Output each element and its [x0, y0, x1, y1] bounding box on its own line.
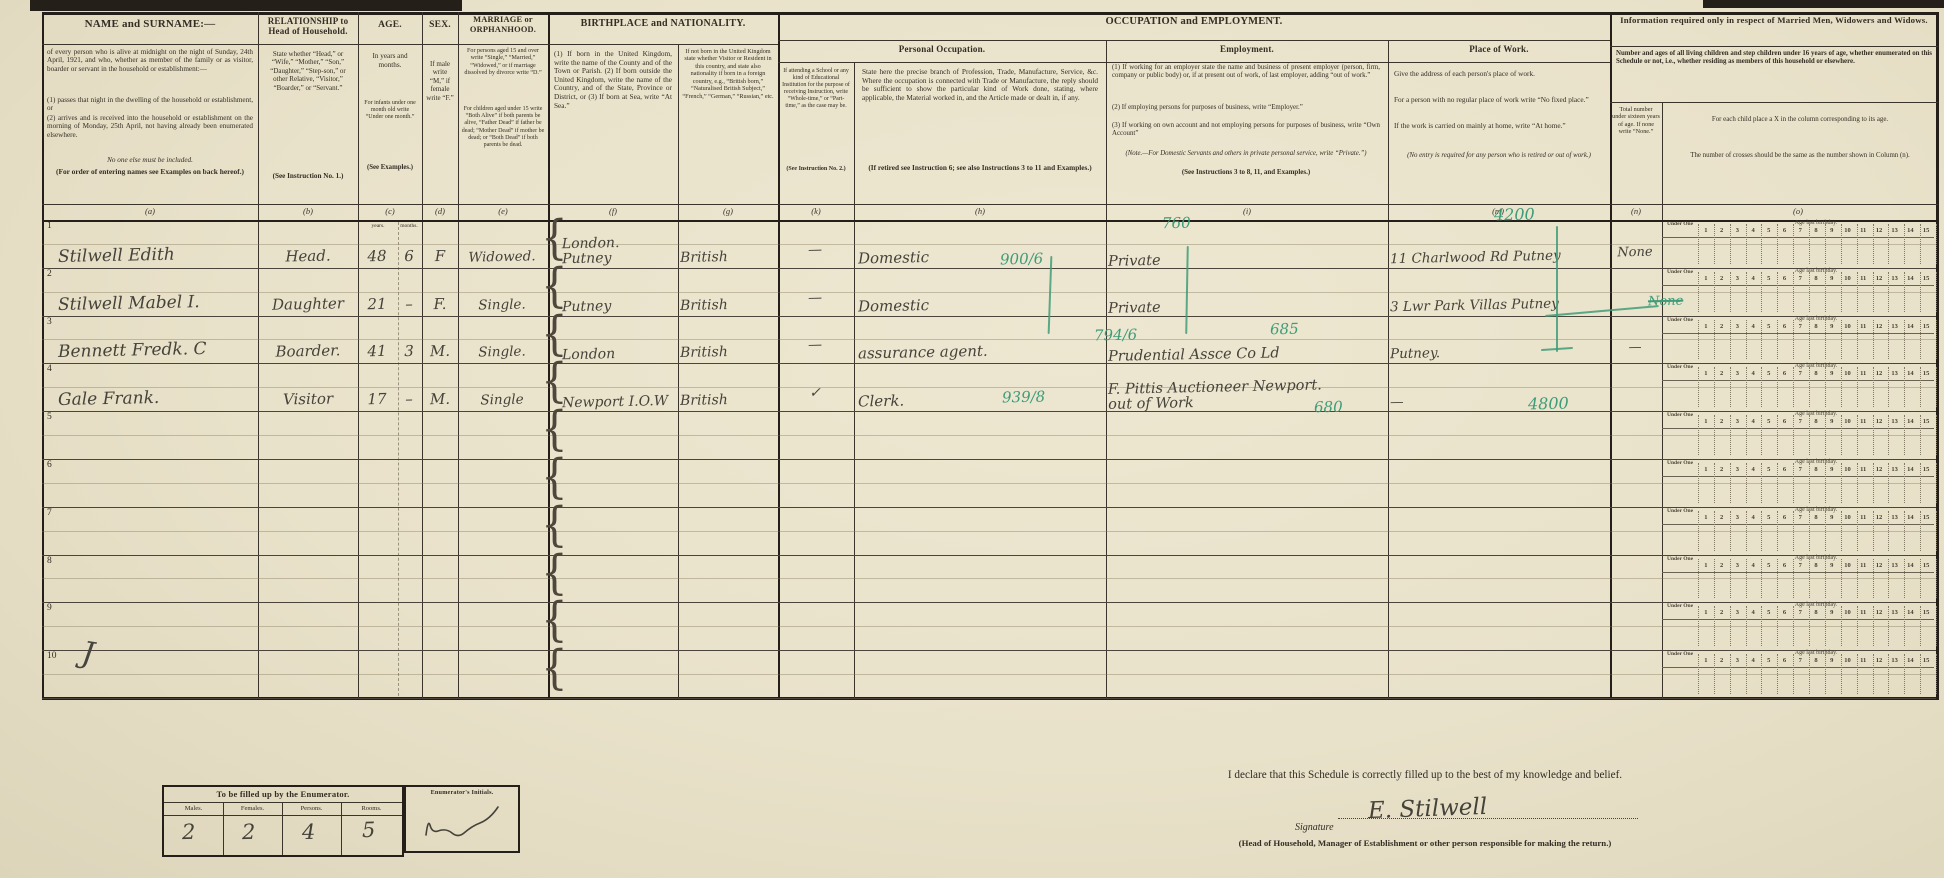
annotation-r4_emp_code: 680 — [1314, 398, 1343, 417]
grid-column-rule — [1809, 511, 1810, 551]
grid-column-rule — [1825, 224, 1826, 264]
grid-age-number: 2 — [1714, 275, 1730, 285]
schedule-row: 6{Under OneAge last birthday.12345678910… — [42, 459, 1936, 508]
grid-age-number: 7 — [1792, 227, 1808, 237]
schedule-row: 1{Stilwell EdithHead.486FWidowed.London.… — [42, 220, 1936, 269]
entry-birthplace-line: Putney — [562, 298, 680, 315]
grid-age-number: 10 — [1840, 370, 1856, 380]
grid-age-number: 6 — [1777, 657, 1793, 667]
entry-birthplace: London.Putney — [562, 235, 681, 267]
grid-age-number: 9 — [1824, 227, 1840, 237]
entry-birthplace-line: Newport I.O.W — [562, 393, 680, 410]
grid-column-rule — [1698, 606, 1699, 646]
row-mid-rule — [42, 531, 1936, 532]
grid-column-rule — [1873, 272, 1874, 312]
grid-column-rule — [1714, 511, 1715, 551]
grid-column-rule — [1793, 511, 1794, 551]
grid-age-number: 3 — [1729, 370, 1745, 380]
grid-age-number: 5 — [1761, 466, 1777, 476]
column-letter-c: (c) — [370, 206, 410, 216]
grid-age-number: 3 — [1729, 514, 1745, 524]
grid-column-rule — [1730, 511, 1731, 551]
grid-column-rule — [1714, 559, 1715, 599]
grid-age-number: 1 — [1698, 323, 1714, 333]
grid-column-rule — [1714, 272, 1715, 312]
grid-age-number: 10 — [1840, 418, 1856, 428]
grid-column-rule — [1777, 367, 1778, 407]
grid-age-caption: Age last birthday. — [1698, 411, 1934, 417]
entry-employment: Private — [1108, 296, 1384, 317]
grid-age-number: 5 — [1761, 227, 1777, 237]
grid-age-number: 9 — [1824, 657, 1840, 667]
grid-age-number: 3 — [1729, 227, 1745, 237]
grid-age-number: 6 — [1777, 466, 1793, 476]
enumerator-col-persons: Persons. — [282, 805, 341, 812]
enumerator-value-persons: 4 — [302, 820, 316, 844]
grid-column-rule — [1904, 559, 1905, 599]
annotation-r1_occ_code: 900/6 — [1000, 250, 1044, 269]
grid-age-number: 3 — [1729, 323, 1745, 333]
grid-age-number: 8 — [1808, 370, 1824, 380]
grid-age-number: 10 — [1840, 466, 1856, 476]
grid-column-rule — [1888, 272, 1889, 312]
grid-column-rule — [1873, 511, 1874, 551]
grid-column-rule — [1714, 463, 1715, 503]
grid-column-rule — [1777, 511, 1778, 551]
grid-under-one-label: Under One — [1662, 317, 1698, 323]
birthplace-brace: { — [541, 549, 568, 596]
grid-age-number: 9 — [1824, 514, 1840, 524]
children-age-grid: Under OneAge last birthday.1234567891011… — [1662, 507, 1936, 555]
grid-column-rule — [1920, 272, 1921, 312]
grid-age-number: 3 — [1729, 562, 1745, 572]
grid-age-number: 7 — [1792, 466, 1808, 476]
entry-sex: M. — [422, 390, 458, 409]
grid-column-rule — [1857, 272, 1858, 312]
grid-column-rule — [1888, 463, 1889, 503]
grid-column-rule — [1873, 606, 1874, 646]
col-header-employment: Employment. — [1106, 44, 1388, 54]
col-place-instructions-3: If the work is carried on mainly at home… — [1394, 122, 1604, 131]
entry-occupation: Domestic — [858, 292, 1098, 315]
grid-column-rule — [1873, 320, 1874, 360]
entry-name: Stilwell Mabel I. — [58, 291, 254, 315]
grid-age-number: 2 — [1714, 418, 1730, 428]
grid-header-rule — [1662, 572, 1934, 573]
children-section-subtitle: Number and ages of all living children a… — [1616, 50, 1932, 66]
grid-age-number: 2 — [1714, 657, 1730, 667]
grid-column-rule — [1761, 606, 1762, 646]
col-name-instructions-1: of every person who is alive at midnight… — [47, 48, 253, 73]
grid-column-rule — [1841, 654, 1842, 694]
row-mid-rule — [42, 435, 1936, 436]
grid-age-number: 11 — [1855, 562, 1871, 572]
grid-column-rule — [1746, 463, 1747, 503]
grid-age-number: 4 — [1745, 514, 1761, 524]
grid-age-number: 11 — [1855, 323, 1871, 333]
declaration-note: (Head of Household, Manager of Establish… — [1190, 838, 1660, 848]
grid-age-number: 4 — [1745, 323, 1761, 333]
grid-column-rule — [1746, 511, 1747, 551]
annotation-r4_place_code: 4800 — [1528, 394, 1569, 414]
col-name-instructions-3: (2) arrives and is received into the hou… — [47, 114, 253, 139]
grid-age-number: 5 — [1761, 609, 1777, 619]
grid-age-number: 9 — [1824, 466, 1840, 476]
grid-column-rule — [1746, 415, 1747, 455]
entry-birthplace-line: London — [562, 345, 680, 362]
grid-column-rule — [1777, 272, 1778, 312]
grid-column-rule — [1920, 415, 1921, 455]
schedule-row: 9{Under OneAge last birthday.12345678910… — [42, 602, 1936, 651]
grid-age-number: 4 — [1745, 466, 1761, 476]
grid-age-number: 10 — [1840, 514, 1856, 524]
column-letter-f: (f) — [593, 206, 633, 216]
grid-column-rule — [1761, 463, 1762, 503]
entry-birthplace: Newport I.O.W — [562, 393, 680, 410]
entry-birthplace: Putney — [562, 298, 680, 315]
grid-age-number: 10 — [1840, 657, 1856, 667]
grid-column-rule — [1825, 606, 1826, 646]
grid-number-header: 123456789101112131415 — [1698, 275, 1934, 285]
grid-age-number: 9 — [1824, 275, 1840, 285]
grid-age-number: 1 — [1698, 609, 1714, 619]
grid-age-number: 11 — [1855, 466, 1871, 476]
column-letter-a: (a) — [130, 206, 170, 216]
column-letter-g: (g) — [708, 206, 748, 216]
grid-age-number: 11 — [1855, 370, 1871, 380]
grid-age-number: 7 — [1792, 514, 1808, 524]
grid-column-rule — [1857, 320, 1858, 360]
children-age-grid: Under OneAge last birthday.1234567891011… — [1662, 220, 1936, 268]
grid-column-rule — [1857, 367, 1858, 407]
grid-column-rule — [1936, 367, 1937, 407]
children-age-grid: Under OneAge last birthday.1234567891011… — [1662, 316, 1936, 364]
grid-column-rule — [1888, 654, 1889, 694]
grid-header-rule — [1662, 667, 1934, 668]
grid-column-rule — [1761, 654, 1762, 694]
col-marriage-instructions-1: For persons aged 15 and over write “Sing… — [461, 48, 545, 77]
column-letter-b: (b) — [288, 206, 328, 216]
grid-age-number: 7 — [1792, 609, 1808, 619]
grid-column-rule — [1888, 224, 1889, 264]
entry-marriage: Widowed. — [456, 248, 548, 266]
grid-column-rule — [1936, 606, 1937, 646]
col-relationship-note: (See Instruction No. 1.) — [263, 172, 353, 181]
annotation-r1_emp_code: 760 — [1162, 214, 1191, 233]
birthplace-brace: { — [541, 645, 568, 692]
grid-column-rule — [1793, 367, 1794, 407]
grid-age-number: 7 — [1792, 275, 1808, 285]
children-age-grid: Under OneAge last birthday.1234567891011… — [1662, 459, 1936, 507]
grid-age-number: 5 — [1761, 514, 1777, 524]
section-header-occupation: OCCUPATION and EMPLOYMENT. — [778, 16, 1610, 27]
schedule-row: 5{Under OneAge last birthday.12345678910… — [42, 411, 1936, 460]
grid-age-number: 6 — [1777, 514, 1793, 524]
grid-column-rule — [1936, 559, 1937, 599]
entry-occupation: assurance agent. — [858, 340, 1098, 363]
grid-column-rule — [1809, 654, 1810, 694]
signature-handwritten: E. Stilwell — [1368, 794, 1488, 824]
grid-age-number: 1 — [1698, 514, 1714, 524]
grid-column-rule — [1698, 224, 1699, 264]
grid-age-number: 2 — [1714, 514, 1730, 524]
enumerator-box: To be filled up by the Enumerator. Males… — [162, 785, 404, 857]
entry-age-months: 3 — [397, 342, 421, 360]
signature-label: Signature — [1295, 822, 1334, 833]
entry-sex: F. — [422, 294, 458, 313]
entry-children-total: None — [1610, 244, 1660, 260]
col-school-note: (See Instruction No. 2.) — [781, 166, 851, 173]
grid-age-number: 5 — [1761, 275, 1777, 285]
grid-age-number: 7 — [1792, 562, 1808, 572]
grid-age-number: 1 — [1698, 657, 1714, 667]
row-number: 9 — [47, 603, 52, 613]
grid-age-caption: Age last birthday. — [1698, 363, 1934, 369]
col-employment-instructions-2: (2) If employing persons for purposes of… — [1112, 104, 1380, 112]
grid-column-rule — [1904, 415, 1905, 455]
grid-column-rule — [1936, 415, 1937, 455]
entry-marriage: Single. — [456, 296, 548, 314]
col-header-age: AGE. — [360, 20, 420, 30]
grid-column-rule — [1730, 415, 1731, 455]
grid-age-number: 1 — [1698, 275, 1714, 285]
grid-number-header: 123456789101112131415 — [1698, 323, 1934, 333]
grid-age-number: 1 — [1698, 562, 1714, 572]
grid-header-rule — [1662, 476, 1934, 477]
grid-age-number: 7 — [1792, 657, 1808, 667]
grid-column-rule — [1761, 272, 1762, 312]
grid-age-number: 2 — [1714, 466, 1730, 476]
grid-age-number: 8 — [1808, 227, 1824, 237]
entry-relationship: Visitor — [260, 389, 356, 409]
grid-column-rule — [1809, 272, 1810, 312]
grid-column-rule — [1809, 559, 1810, 599]
col-header-relationship: RELATIONSHIP to Head of Household. — [260, 16, 356, 37]
grid-age-caption: Age last birthday. — [1698, 650, 1934, 656]
col-birthplace-uk-instructions: (1) If born in the United Kingdom, write… — [554, 50, 672, 110]
grid-age-number: 8 — [1808, 323, 1824, 333]
col-header-name: NAME and SURNAME:— — [46, 18, 254, 30]
grid-column-rule — [1746, 367, 1747, 407]
grid-column-rule — [1825, 654, 1826, 694]
grid-age-number: 10 — [1840, 609, 1856, 619]
grid-column-rule — [1714, 367, 1715, 407]
grid-age-number: 7 — [1792, 370, 1808, 380]
children-age-grid: Under OneAge last birthday.1234567891011… — [1662, 555, 1936, 603]
grid-column-rule — [1841, 320, 1842, 360]
grid-age-number: 6 — [1777, 275, 1793, 285]
birthplace-brace: { — [541, 597, 568, 644]
grid-column-rule — [1825, 367, 1826, 407]
grid-number-header: 123456789101112131415 — [1698, 562, 1934, 572]
grid-under-one-label: Under One — [1662, 221, 1698, 227]
grid-column-rule — [1920, 320, 1921, 360]
grid-column-rule — [1825, 463, 1826, 503]
grid-column-rule — [1841, 606, 1842, 646]
grid-age-number: 5 — [1761, 323, 1777, 333]
grid-number-header: 123456789101112131415 — [1698, 370, 1934, 380]
column-letter-e: (e) — [483, 206, 523, 216]
grid-number-header: 123456789101112131415 — [1698, 227, 1934, 237]
grid-column-rule — [1777, 415, 1778, 455]
grid-column-rule — [1761, 511, 1762, 551]
col-age-note2: (See Examples.) — [362, 164, 418, 172]
grid-column-rule — [1873, 415, 1874, 455]
grid-column-rule — [1920, 463, 1921, 503]
entry-school-attendance: — — [778, 289, 852, 307]
grid-column-rule — [1698, 511, 1699, 551]
grid-column-rule — [1841, 463, 1842, 503]
entry-occupation: Domestic — [858, 244, 1098, 267]
grid-column-rule — [1777, 224, 1778, 264]
grid-column-rule — [1873, 559, 1874, 599]
entry-employment-line: Private — [1108, 296, 1384, 317]
entry-children-total: — — [1610, 340, 1660, 356]
entry-place-of-work: 11 Charlwood Rd Putney — [1390, 247, 1602, 267]
grid-column-rule — [1873, 224, 1874, 264]
grid-column-rule — [1793, 606, 1794, 646]
enumerator-initials-label: Enumerator's Initials. — [406, 789, 518, 796]
grid-column-rule — [1730, 320, 1731, 360]
col-header-sex: SEX. — [424, 20, 456, 30]
col-name-instructions-5: (For order of entering names see Example… — [47, 168, 253, 177]
row-number: 1 — [47, 221, 52, 231]
grid-under-one-label: Under One — [1662, 364, 1698, 370]
grid-column-rule — [1793, 654, 1794, 694]
grid-column-rule — [1904, 320, 1905, 360]
grid-column-rule — [1746, 224, 1747, 264]
entry-marriage: Single. — [456, 343, 548, 361]
children-section-title: Information required only in respect of … — [1614, 15, 1934, 26]
grid-number-header: 123456789101112131415 — [1698, 609, 1934, 619]
enumerator-initials-box: Enumerator's Initials. — [404, 785, 520, 853]
col-name-instructions-2: (1) passes that night in the dwelling of… — [47, 96, 253, 113]
col-header-marriage: MARRIAGE or ORPHANHOOD. — [460, 15, 546, 34]
col-age-note: For infants under one month old write “U… — [362, 100, 418, 122]
grid-column-rule — [1888, 320, 1889, 360]
grid-column-rule — [1698, 272, 1699, 312]
grid-column-rule — [1746, 272, 1747, 312]
entry-relationship: Boarder. — [260, 341, 356, 361]
grid-column-rule — [1793, 320, 1794, 360]
grid-column-rule — [1777, 654, 1778, 694]
grid-header-rule — [1662, 237, 1934, 238]
grid-column-rule — [1761, 415, 1762, 455]
entry-place-of-work: — — [1390, 390, 1602, 410]
grid-age-caption: Age last birthday. — [1698, 459, 1934, 465]
grid-header-rule — [1662, 333, 1934, 334]
col-relationship-instructions: State whether “Head,” or “Wife,” “Mother… — [263, 50, 353, 92]
children-age-grid: Under OneAge last birthday.1234567891011… — [1662, 650, 1936, 698]
grid-age-number: 11 — [1855, 609, 1871, 619]
grid-column-rule — [1920, 654, 1921, 694]
birthplace-brace: { — [541, 453, 568, 500]
annotation-r4_occ_code: 939/8 — [1002, 388, 1046, 407]
grid-age-number: 11 — [1855, 227, 1871, 237]
grid-column-rule — [1793, 559, 1794, 599]
grid-age-number: 11 — [1855, 418, 1871, 428]
entry-name: Stilwell Edith — [58, 243, 254, 267]
declaration-text: I declare that this Schedule is correctl… — [1190, 769, 1660, 781]
grid-column-rule — [1746, 606, 1747, 646]
grid-header-rule — [1662, 380, 1934, 381]
col-school-instructions: If attending a School or any kind of Edu… — [781, 68, 851, 110]
grid-age-number: 9 — [1824, 323, 1840, 333]
grid-age-number: 9 — [1824, 370, 1840, 380]
grid-column-rule — [1730, 606, 1731, 646]
entry-name: Gale Frank. — [58, 386, 254, 410]
col-employment-instructions-1: (1) If working for an employer state the… — [1112, 64, 1380, 80]
grid-number-header: 123456789101112131415 — [1698, 466, 1934, 476]
grid-under-one-label: Under One — [1662, 508, 1698, 514]
grid-column-rule — [1904, 272, 1905, 312]
grid-age-number: 2 — [1714, 323, 1730, 333]
green-tally-stroke-place — [1556, 226, 1558, 352]
grid-age-number: 2 — [1714, 562, 1730, 572]
grid-age-caption: Age last birthday. — [1698, 268, 1934, 274]
grid-age-number: 6 — [1777, 323, 1793, 333]
grid-column-rule — [1714, 654, 1715, 694]
row-mid-rule — [42, 387, 1936, 388]
grid-column-rule — [1730, 559, 1731, 599]
children-age-grid: Under OneAge last birthday.1234567891011… — [1662, 268, 1936, 316]
col-employment-note: (Note.—For Domestic Servants and others … — [1112, 150, 1380, 158]
grid-age-number: 4 — [1745, 562, 1761, 572]
grid-column-rule — [1825, 511, 1826, 551]
col-employment-note2: (See Instructions 3 to 8, 11, and Exampl… — [1112, 168, 1380, 176]
row-number: 3 — [47, 317, 52, 327]
grid-age-number: 10 — [1840, 323, 1856, 333]
column-letter-h: (h) — [960, 206, 1000, 216]
entry-relationship: Head. — [260, 246, 356, 266]
enumerator-col-males: Males. — [164, 805, 223, 812]
top-left-black-bar — [30, 0, 462, 11]
grid-column-rule — [1920, 367, 1921, 407]
grid-column-rule — [1857, 654, 1858, 694]
grid-column-rule — [1920, 559, 1921, 599]
grid-column-rule — [1857, 415, 1858, 455]
col-marriage-instructions-2: For children aged under 15 write “Both A… — [461, 106, 545, 149]
entry-birthplace-line: Putney — [562, 250, 680, 267]
grid-age-number: 3 — [1729, 609, 1745, 619]
grid-column-rule — [1857, 463, 1858, 503]
grid-column-rule — [1936, 654, 1937, 694]
annotation-r3_occ_code: 794/6 — [1094, 326, 1138, 345]
grid-column-rule — [1730, 272, 1731, 312]
grid-column-rule — [1873, 463, 1874, 503]
grid-age-number: 8 — [1808, 466, 1824, 476]
grid-age-number: 10 — [1840, 275, 1856, 285]
grid-age-number: 9 — [1824, 418, 1840, 428]
grid-column-rule — [1888, 511, 1889, 551]
grid-age-number: 7 — [1792, 323, 1808, 333]
birthplace-brace: { — [541, 406, 568, 453]
row-mid-rule — [42, 674, 1936, 675]
col-age-instructions: In years and months. — [362, 52, 418, 69]
enumerator-initials-signature — [412, 801, 512, 845]
col-place-note: (No entry is required for any person who… — [1394, 152, 1604, 160]
grid-under-one-label: Under One — [1662, 603, 1698, 609]
col-header-birthplace: BIRTHPLACE and NATIONALITY. — [550, 18, 776, 29]
entry-age-years: 41 — [357, 342, 397, 361]
grid-age-number: 7 — [1792, 418, 1808, 428]
grid-column-rule — [1746, 559, 1747, 599]
column-letter-i: (i) — [1227, 206, 1267, 216]
grid-age-caption: Age last birthday. — [1698, 507, 1934, 513]
grid-under-one-label: Under One — [1662, 412, 1698, 418]
grid-column-rule — [1777, 606, 1778, 646]
grid-column-rule — [1698, 654, 1699, 694]
